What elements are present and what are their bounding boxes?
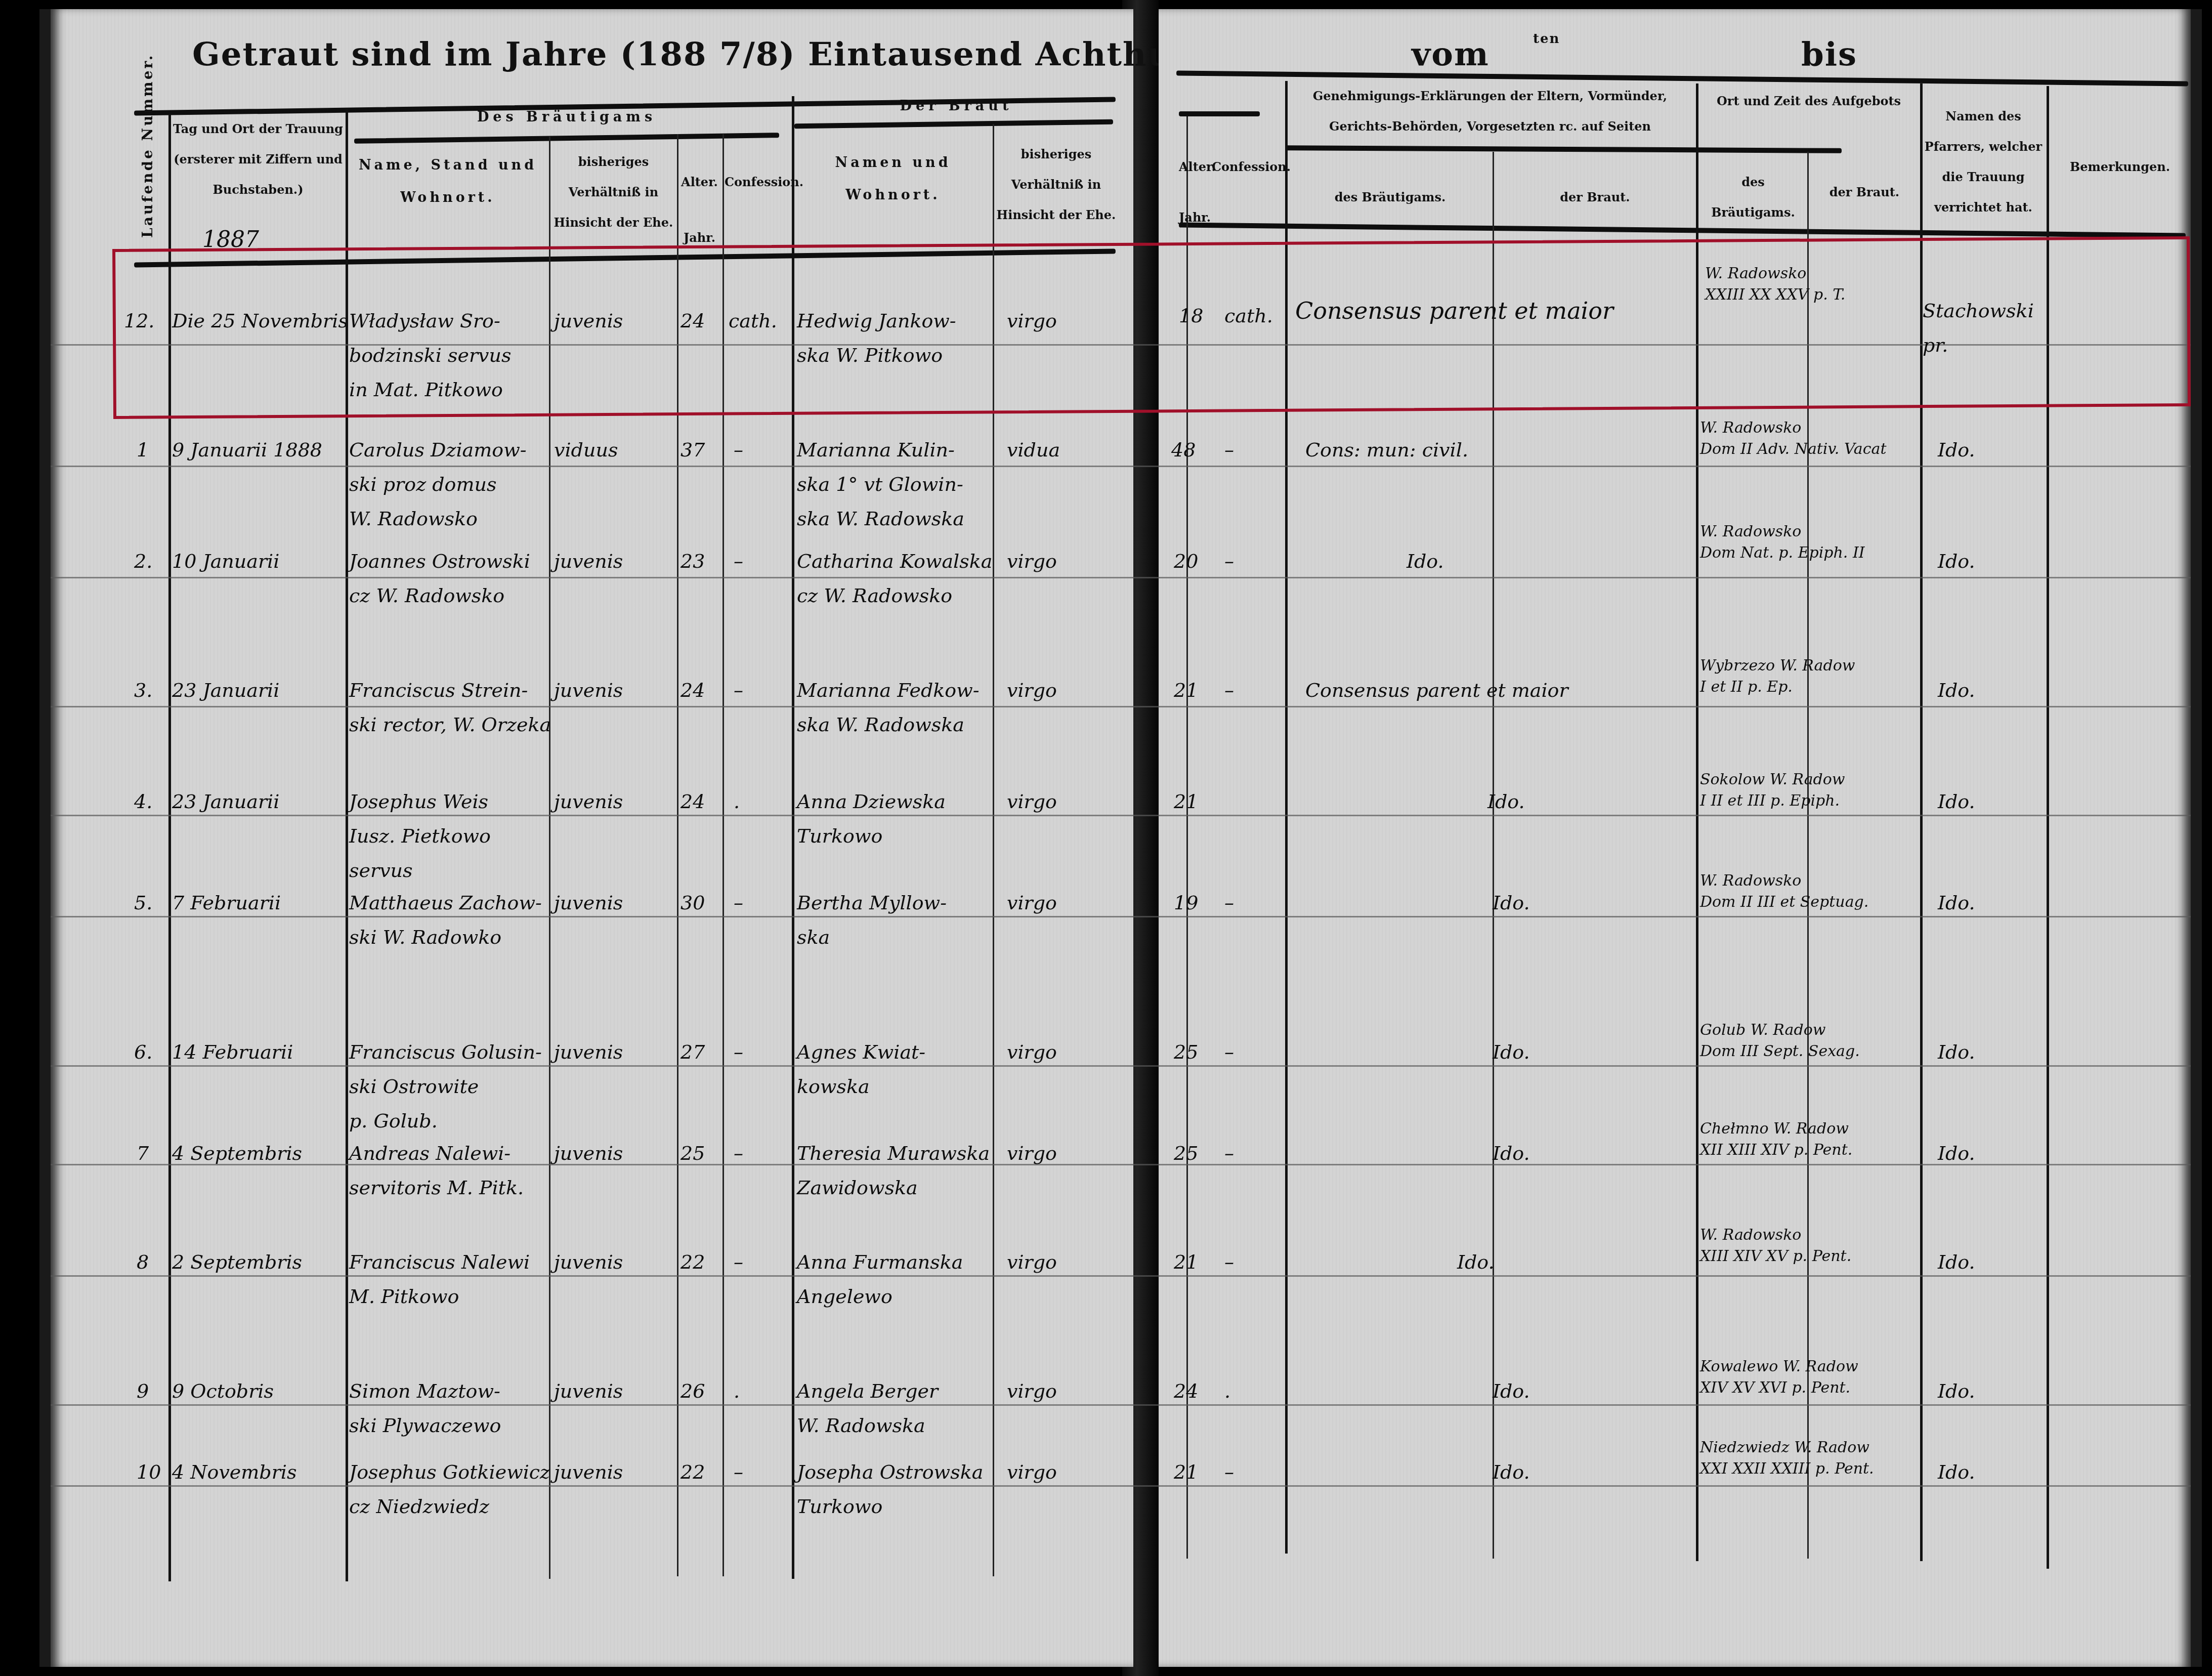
entry-bride: Theresia Murawska Zawidowska (797, 1136, 990, 1205)
entry-groom-status: juvenis (554, 304, 623, 338)
entry-groom-status: viduus (554, 433, 618, 467)
entry-groom-status: juvenis (554, 784, 623, 819)
entry-consent: Ido. (1493, 1035, 1530, 1069)
entry-number: 5. (134, 886, 152, 920)
entry-groom-age: 24 (680, 784, 705, 819)
entry-priest: Ido. (1938, 886, 1975, 920)
entry-bride-conf: cath. (1224, 299, 1273, 333)
entry-banns: Chełmno W. Radow XII XIII XIV p. Pent. (1700, 1118, 1852, 1161)
entry-consent: Cons: mun: civil. (1305, 433, 1468, 467)
entry-groom-conf: – (734, 1035, 743, 1069)
entry-groom-age: 24 (680, 673, 705, 707)
entry-date: 9 Januarii 1888 (172, 433, 322, 467)
entry-bride-status: virgo (1007, 1245, 1057, 1279)
entry-consent: Ido. (1493, 1374, 1530, 1408)
entry-groom-age: 30 (680, 886, 705, 920)
entry-groom-conf: cath. (729, 304, 777, 338)
entry-bride: Agnes Kwiat- kowska (797, 1035, 925, 1104)
col-line (168, 114, 171, 1581)
entry-date: 23 Januarii (172, 673, 279, 707)
entry-groom-age: 22 (680, 1245, 705, 1279)
header-rule-age (1179, 111, 1260, 116)
col-line (549, 137, 550, 1579)
entry-priest: Ido. (1938, 784, 1975, 819)
entry-banns: Kowalewo W. Radow XIV XV XVI p. Pent. (1700, 1356, 1858, 1399)
entry-date: Die 25 Novembris (172, 304, 348, 338)
entry-priest: Stachowski pr. (1923, 294, 2034, 362)
col-line (677, 134, 678, 1576)
entry-groom-conf: – (734, 673, 743, 707)
entry-banns: W. Radowsko XXIII XX XXV p. T. (1705, 263, 1845, 306)
entry-groom-age: 26 (680, 1374, 705, 1408)
entry-bride: Bertha Myllow- ska (797, 886, 947, 954)
entry-groom: Josephus Gotkiewicz cz Niedzwiedz (349, 1455, 550, 1524)
page-title-vom: vom (1412, 35, 1490, 73)
header-banns-bride: der Braut. (1811, 177, 1918, 207)
entry-bride: Anna Furmanska Angelewo (797, 1245, 963, 1314)
header-bride-status: bisheriges Verhältniß in Hinsicht der Eh… (994, 139, 1118, 230)
entry-groom-status: juvenis (554, 1136, 623, 1170)
col-line (792, 96, 794, 1579)
entry-bride-status: virgo (1007, 673, 1057, 707)
page-title-ten: ten (1533, 31, 1560, 47)
header-bride-confession: Confession. (1212, 152, 1283, 182)
entry-groom: Franciscus Nalewi M. Pitkowo (349, 1245, 530, 1314)
entry-banns: Sokolow W. Radow I II et III p. Epiph. (1700, 769, 1845, 812)
entry-bride-status: vidua (1007, 433, 1060, 467)
entry-bride-age: 21 (1174, 673, 1198, 707)
header-groom-confession: Confession. (725, 167, 790, 197)
entry-bride-age: 21 (1174, 1455, 1198, 1489)
entry-groom-conf: – (734, 1245, 743, 1279)
entry-groom-conf: – (734, 1136, 743, 1170)
header-consent-groom: des Bräutigams. (1290, 182, 1490, 213)
entry-priest: Ido. (1938, 673, 1975, 707)
entry-banns: W. Radowsko XIII XIV XV p. Pent. (1700, 1225, 1851, 1267)
entry-bride-conf: – (1224, 1455, 1234, 1489)
entry-bride-age: 21 (1174, 1245, 1198, 1279)
entry-groom-status: juvenis (554, 1374, 623, 1408)
entry-number: 6. (134, 1035, 152, 1069)
col-line (1696, 83, 1698, 1561)
entry-number: 7 (137, 1136, 149, 1170)
header-laufende-nummer: Laufende Nummer. (139, 54, 156, 238)
entry-number: 12. (124, 304, 154, 338)
entry-groom-conf: – (734, 544, 743, 578)
entry-groom-age: 23 (680, 544, 705, 578)
entry-bride-conf: . (1224, 1374, 1230, 1408)
entry-number: 4. (134, 784, 152, 819)
entry-consent: Ido. (1457, 1245, 1495, 1279)
entry-groom-status: juvenis (554, 1455, 623, 1489)
entry-bride-status: virgo (1007, 1374, 1057, 1408)
entry-priest: Ido. (1938, 544, 1975, 578)
entry-number: 2. (134, 544, 152, 578)
right-page (1159, 9, 2202, 1667)
entry-bride-conf: – (1224, 1136, 1234, 1170)
page-title-bis: bis (1801, 35, 1857, 73)
entry-bride-status: virgo (1007, 304, 1057, 338)
header-consent-bride: der Braut. (1495, 182, 1695, 213)
entry-date: 14 Februarii (172, 1035, 293, 1069)
entry-consent: Consensus parent et maior (1295, 294, 1613, 328)
entry-consent: Ido. (1407, 544, 1444, 578)
entry-banns: Golub W. Radow Dom III Sept. Sexag. (1700, 1020, 1860, 1062)
entry-bride: Anna Dziewska Turkowo (797, 784, 946, 853)
entry-groom-conf: . (734, 1374, 740, 1408)
entry-groom-age: 24 (680, 304, 705, 338)
entry-bride-conf: – (1224, 433, 1234, 467)
col-line (2047, 86, 2049, 1569)
entry-number: 10 (137, 1455, 161, 1489)
entry-groom-age: 37 (680, 433, 705, 467)
entry-groom: Franciscus Golusin- ski Ostrowite p. Gol… (349, 1035, 542, 1138)
header-groom-age-unit: Jahr. (678, 223, 721, 253)
header-priest: Namen des Pfarrers, welcher die Trauung … (1923, 101, 2044, 223)
entry-priest: Ido. (1938, 433, 1975, 467)
entry-bride-status: virgo (1007, 1035, 1057, 1069)
header-der-braut: Der Braut (799, 90, 1113, 122)
entry-groom-conf: – (734, 433, 743, 467)
entry-groom: Andreas Nalewi- servitoris M. Pitk. (349, 1136, 524, 1205)
entry-groom: Joannes Ostrowski cz W. Radowsko (349, 544, 530, 613)
entry-groom-status: juvenis (554, 544, 623, 578)
page-title-left: Getraut sind im Jahre (188 7/8) Eintause… (192, 35, 1275, 73)
entry-groom-conf: – (734, 886, 743, 920)
entry-consent: Ido. (1493, 1455, 1530, 1489)
entry-bride-age: 25 (1174, 1035, 1198, 1069)
entry-bride-status: virgo (1007, 886, 1057, 920)
entry-groom-status: juvenis (554, 886, 623, 920)
entry-groom: Władysław Sro- bodzinski servus in Mat. … (349, 304, 512, 407)
header-remarks: Bemerkungen. (2049, 152, 2191, 182)
entry-groom: Josephus Weis Iusz. Pietkowo servus (349, 784, 491, 888)
year-note: 1887 (202, 223, 259, 257)
entry-consent: Consensus parent et maior (1305, 673, 1568, 707)
entry-groom-age: 27 (680, 1035, 705, 1069)
entry-bride: Angela Berger W. Radowska (797, 1374, 938, 1443)
entry-number: 3. (134, 673, 152, 707)
entry-bride-conf: – (1224, 886, 1234, 920)
entry-groom-status: juvenis (554, 673, 623, 707)
header-tag-ort: Tag und Ort der Trauung (ersterer mit Zi… (172, 114, 344, 205)
entry-priest: Ido. (1938, 1136, 1975, 1170)
col-line (1285, 81, 1288, 1554)
entry-banns: W. Radowsko Dom Nat. p. Epiph. II (1700, 521, 1865, 564)
entry-groom-status: juvenis (554, 1245, 623, 1279)
col-line (1493, 152, 1494, 1559)
entry-priest: Ido. (1938, 1374, 1975, 1408)
entry-groom: Matthaeus Zachow- ski W. Radowko (349, 886, 542, 954)
entry-date: 10 Januarii (172, 544, 279, 578)
header-groom-age: Alter. (678, 167, 721, 197)
entry-bride-status: virgo (1007, 1455, 1057, 1489)
header-banns-groom: des Bräutigams. (1700, 167, 1806, 228)
entry-bride-age: 21 (1174, 784, 1198, 819)
entry-groom-status: juvenis (554, 1035, 623, 1069)
entry-bride: Marianna Fedkow- ska W. Radowska (797, 673, 980, 742)
entry-bride-conf: – (1224, 1245, 1234, 1279)
entry-banns: W. Radowsko Dom II Adv. Nativ. Vacat (1700, 417, 1886, 460)
entry-banns: W. Radowsko Dom II III et Septuag. (1700, 870, 1868, 913)
entry-date: 4 Novembris (172, 1455, 297, 1489)
header-groom-name: Name, Stand und Wohnort. (349, 149, 546, 214)
entry-priest: Ido. (1938, 1245, 1975, 1279)
entry-groom: Simon Maztow- ski Plywaczewo (349, 1374, 501, 1443)
entry-bride-status: virgo (1007, 1136, 1057, 1170)
entry-groom-age: 25 (680, 1136, 705, 1170)
entry-groom: Carolus Dziamow- ski proz domus W. Radow… (349, 433, 527, 536)
entry-banns: Wybrzezo W. Radow I et II p. Ep. (1700, 655, 1855, 698)
entry-date: 2 Septembris (172, 1245, 302, 1279)
entry-bride-age: 25 (1174, 1136, 1198, 1170)
entry-number: 9 (137, 1374, 149, 1408)
entry-bride-status: virgo (1007, 544, 1057, 578)
entry-bride: Marianna Kulin- ska 1° vt Glowin- ska W.… (797, 433, 964, 536)
entry-bride: Josepha Ostrowska Turkowo (797, 1455, 983, 1524)
entry-priest: Ido. (1938, 1035, 1975, 1069)
entry-date: 7 Februarii (172, 886, 281, 920)
entry-bride-age: 48 (1171, 433, 1196, 467)
entry-groom-conf: . (734, 784, 740, 819)
entry-consent: Ido. (1493, 1136, 1530, 1170)
entry-date: 23 Januarii (172, 784, 279, 819)
entry-priest: Ido. (1938, 1455, 1975, 1489)
header-des-braeutigams: Des Bräutigams (354, 101, 779, 134)
entry-consent: Ido. (1487, 784, 1525, 819)
entry-groom-age: 22 (680, 1455, 705, 1489)
entry-number: 1 (137, 433, 149, 467)
entry-groom: Franciscus Strein- ski rector, W. Orzeka (349, 673, 551, 742)
entry-number: 8 (137, 1245, 149, 1279)
header-bride-age: Alter. (1179, 152, 1209, 182)
entry-banns: Niedzwiedz W. Radow XXI XXII XXIII p. Pe… (1700, 1437, 1874, 1480)
entry-bride-age: 19 (1174, 886, 1198, 920)
entry-bride-status: virgo (1007, 784, 1057, 819)
entry-groom-conf: – (734, 1455, 743, 1489)
entry-date: 4 Septembris (172, 1136, 302, 1170)
col-line (722, 134, 724, 1576)
entry-bride-conf: – (1224, 544, 1234, 578)
entry-bride-age: 24 (1174, 1374, 1198, 1408)
header-consent-group: Genehmigungs-Erklärungen der Eltern, Vor… (1290, 81, 1690, 142)
col-line (993, 124, 994, 1576)
entry-consent: Ido. (1493, 886, 1530, 920)
entry-bride-conf: – (1224, 1035, 1234, 1069)
entry-bride-age: 20 (1174, 544, 1198, 578)
entry-bride: Catharina Kowalska cz W. Radowsko (797, 544, 992, 613)
entry-bride: Hedwig Jankow- ska W. Pitkowo (797, 304, 956, 372)
entry-bride-age: 18 (1179, 299, 1203, 333)
header-bride-name: Namen und Wohnort. (794, 147, 992, 212)
header-groom-status: bisheriges Verhältniß in Hinsicht der Eh… (551, 147, 675, 238)
entry-bride-conf: – (1224, 673, 1234, 707)
col-line (1807, 152, 1809, 1559)
entry-date: 9 Octobris (172, 1374, 274, 1408)
header-bride-age-unit: Jahr. (1179, 202, 1209, 233)
header-banns-group: Ort und Zeit des Aufgebots (1700, 86, 1918, 116)
